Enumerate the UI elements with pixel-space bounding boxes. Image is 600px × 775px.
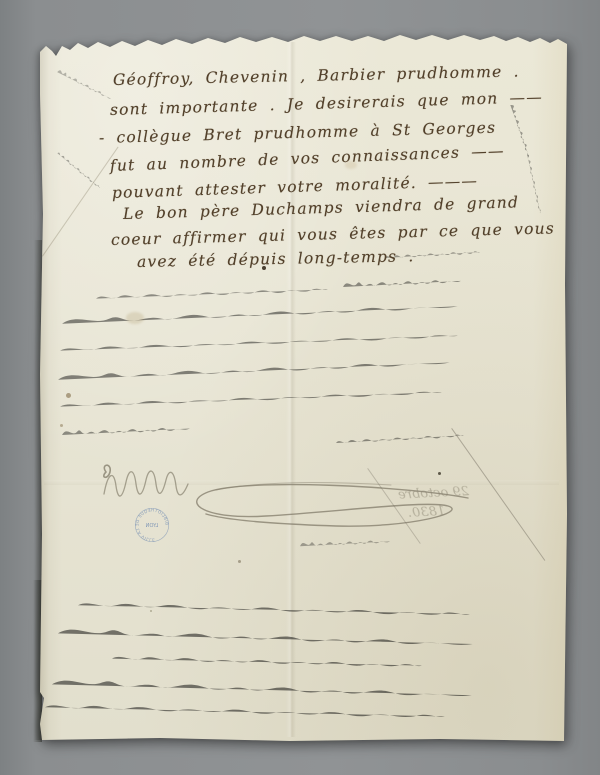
bleedthrough-scribble bbox=[60, 330, 458, 355]
bleedthrough-scribble bbox=[524, 154, 545, 215]
bleedthrough-scribble bbox=[60, 387, 442, 411]
bleedthrough-scribble bbox=[62, 301, 458, 327]
bleedthrough-scribble bbox=[508, 103, 534, 158]
handwritten-line: coeur affirmer qui vous êtes par ce que … bbox=[111, 221, 555, 248]
stain bbox=[60, 424, 63, 427]
bleedthrough-scribble bbox=[62, 424, 190, 438]
bleedthrough-scribble bbox=[343, 276, 461, 290]
handwritten-line: Géoffroy, Chevenin , Barbier prudhomme . bbox=[113, 64, 520, 88]
bleedthrough-scribble bbox=[55, 149, 103, 191]
bleedthrough-scribble bbox=[78, 598, 470, 620]
library-stamp: BIBLIOTHEQUE DE LA VILLE LYON bbox=[133, 506, 171, 544]
bleedthrough-scribble bbox=[52, 676, 472, 701]
handwritten-line: sont importante . Je desirerais que mon … bbox=[110, 90, 543, 118]
pencil-paraph bbox=[186, 476, 486, 540]
stain bbox=[238, 560, 241, 563]
stamp-center-text: LYON bbox=[145, 523, 158, 529]
bleedthrough-scribble bbox=[112, 652, 422, 671]
letter-paper-wrap: 29 octobre 1830. Géoffroy, Chevenin , Ba… bbox=[40, 34, 567, 741]
bleedthrough-scribble bbox=[58, 625, 473, 650]
stain bbox=[438, 472, 441, 475]
bleedthrough-scribble bbox=[56, 67, 113, 103]
handwritten-line: fut au nombre de vos connaissances —— bbox=[110, 144, 505, 175]
bleedthrough-scribble bbox=[45, 700, 445, 722]
bleedthrough-scribble bbox=[96, 284, 328, 303]
bleedthrough-scribble bbox=[336, 430, 464, 447]
crease-line bbox=[42, 147, 119, 257]
handwritten-line: - collègue Bret prudhomme à St Georges bbox=[99, 121, 497, 147]
stain bbox=[66, 393, 71, 398]
bleedthrough-scribble bbox=[58, 357, 450, 383]
scan-background: 29 octobre 1830. Géoffroy, Chevenin , Ba… bbox=[0, 0, 600, 775]
pencil-scribble bbox=[98, 460, 194, 508]
letter-paper: 29 octobre 1830. Géoffroy, Chevenin , Ba… bbox=[40, 34, 567, 741]
handwritten-line: avez été dépuis long-temps . bbox=[137, 249, 415, 270]
